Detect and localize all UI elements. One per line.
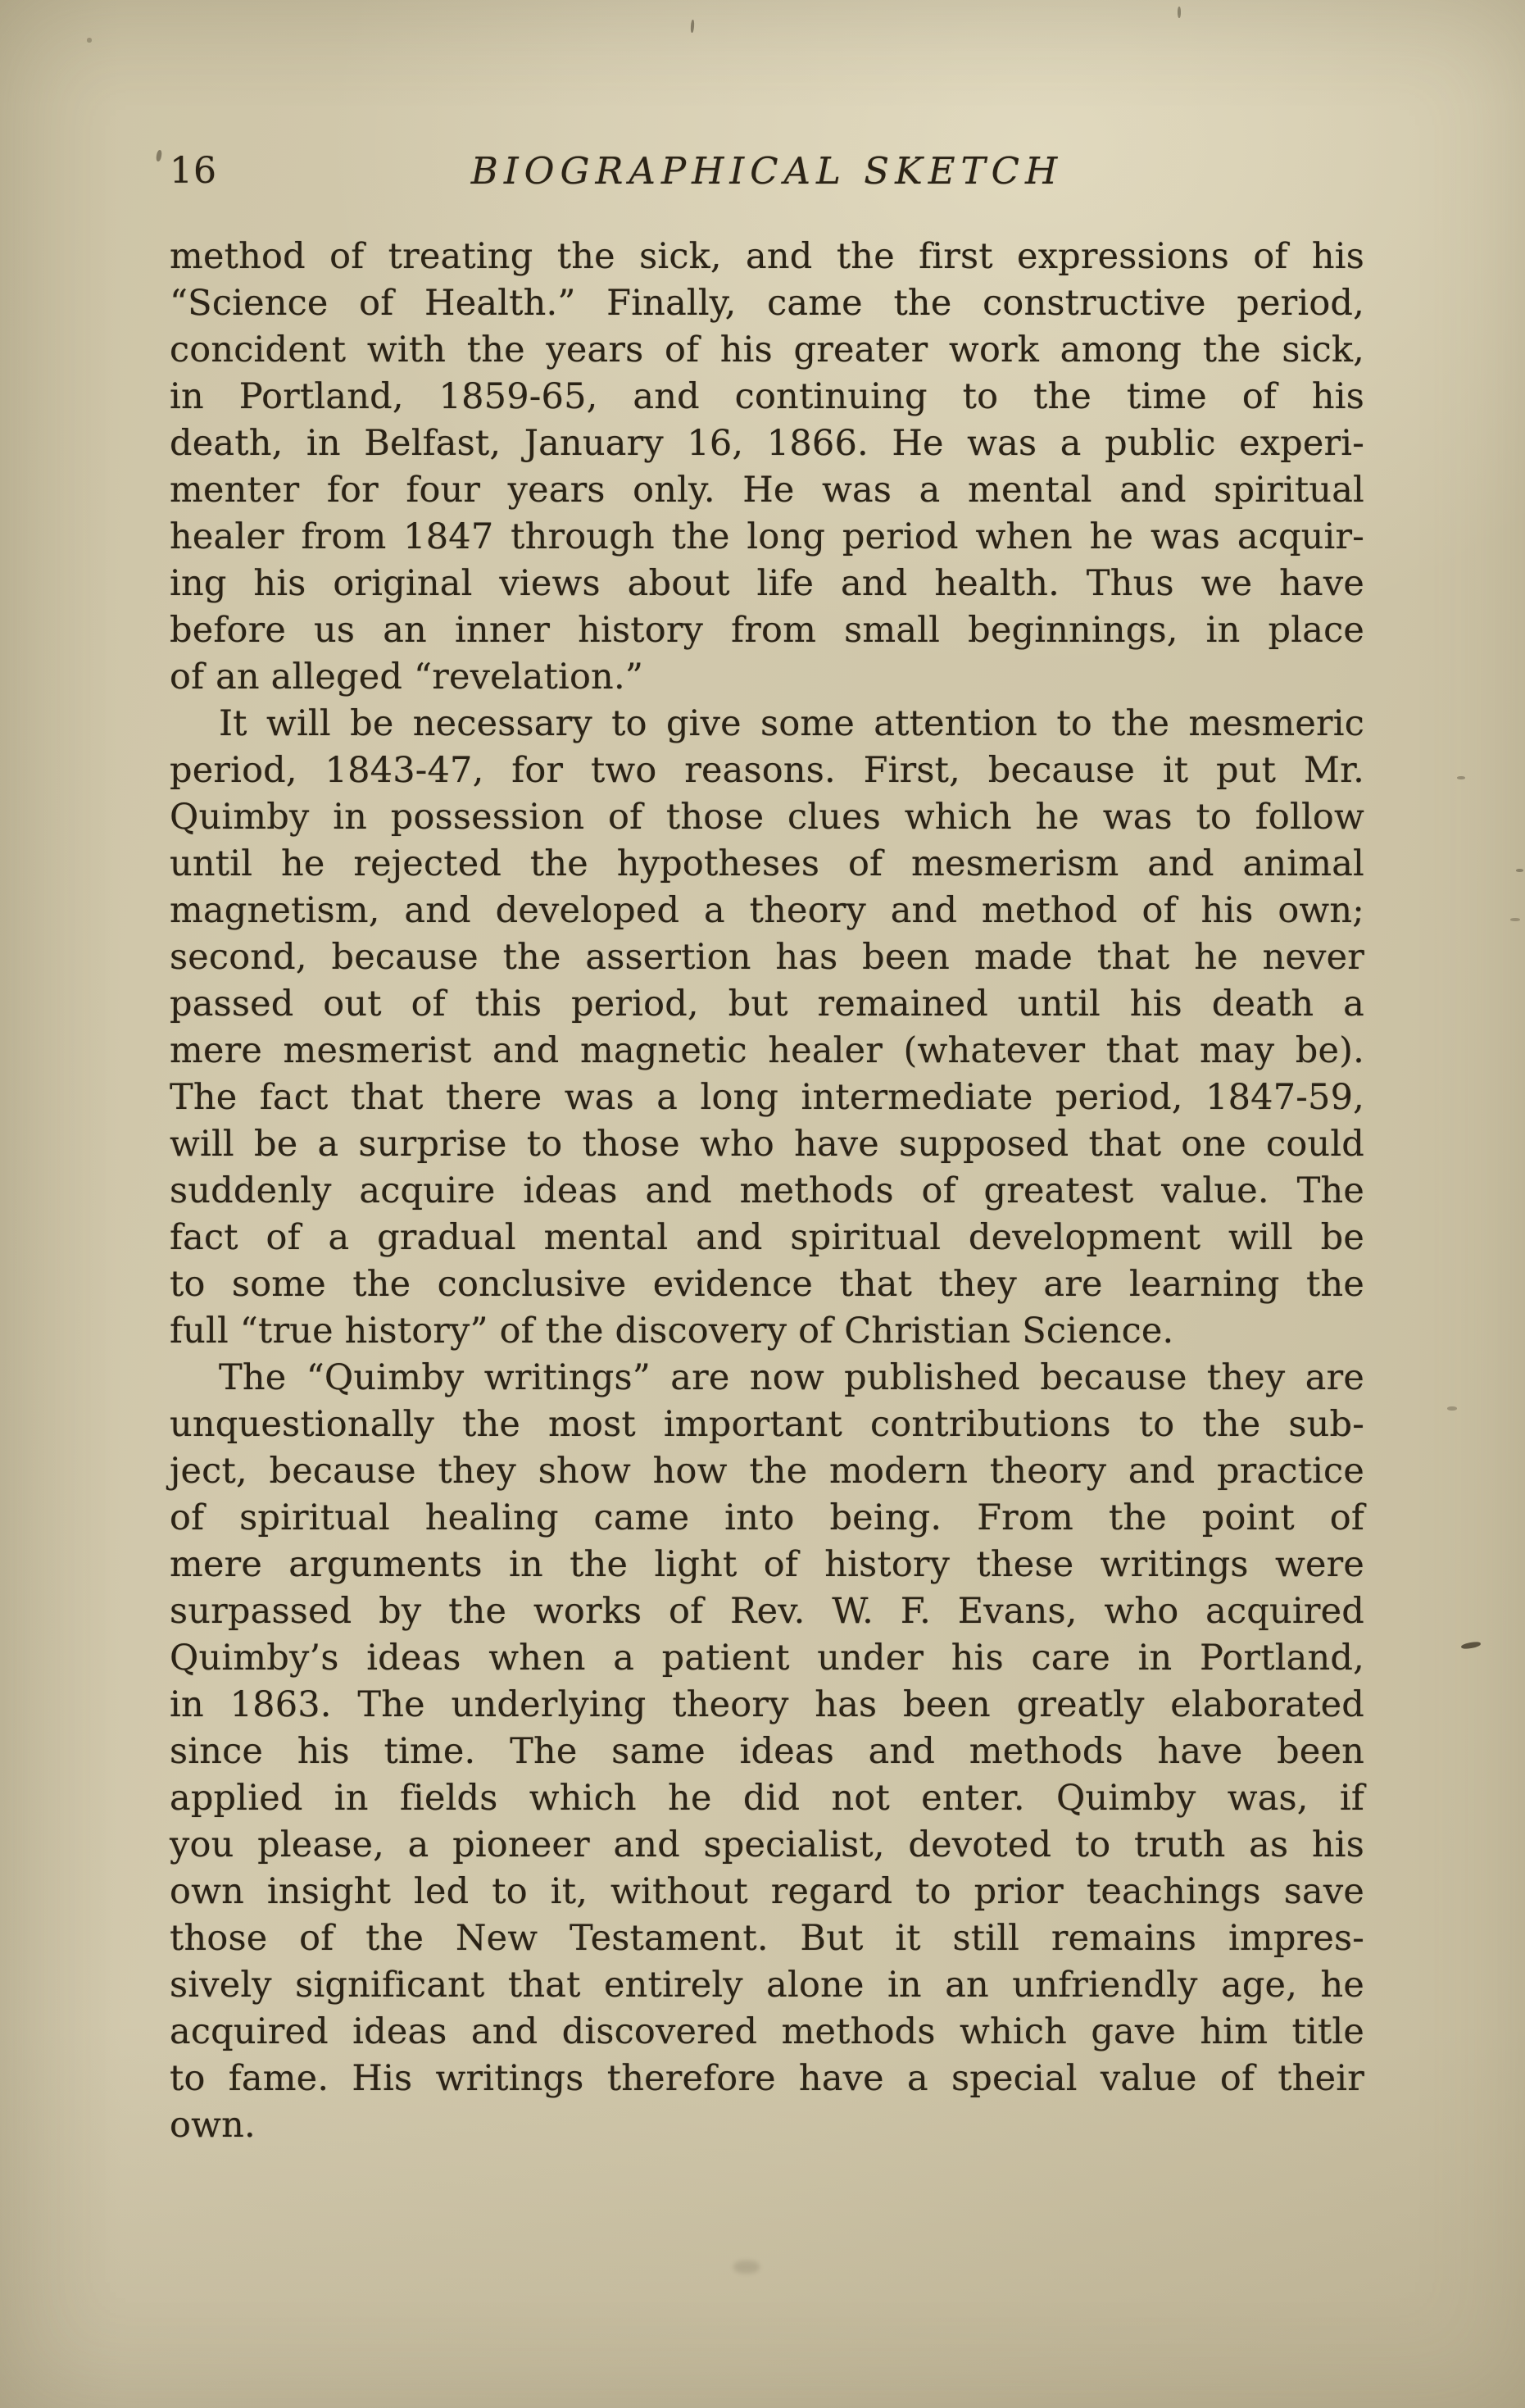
paper-speck bbox=[156, 150, 162, 162]
page-number: 16 bbox=[170, 148, 217, 195]
text-line: own insight led to it, without regard to… bbox=[170, 1869, 1364, 1915]
text-line: full “true history” of the discovery of … bbox=[170, 1308, 1364, 1355]
text-line: own. bbox=[170, 2102, 1364, 2149]
text-line: before us an inner history from small be… bbox=[170, 607, 1364, 654]
text-line: since his time. The same ideas and metho… bbox=[170, 1729, 1364, 1775]
text-line: in Portland, 1859-65, and continuing to … bbox=[170, 374, 1364, 420]
page-header: 16 BIOGRAPHICAL SKETCH bbox=[170, 148, 1364, 198]
text-line: applied in fields which he did not enter… bbox=[170, 1775, 1364, 1822]
paper-speck bbox=[1461, 1641, 1482, 1650]
text-line: suddenly acquire ideas and methods of gr… bbox=[170, 1168, 1364, 1215]
text-line: unquestionally the most important contri… bbox=[170, 1402, 1364, 1448]
text-line: It will be necessary to give some attent… bbox=[170, 701, 1364, 747]
text-block: method of treating the sick, and the fir… bbox=[170, 234, 1364, 2149]
text-line: The fact that there was a long intermedi… bbox=[170, 1075, 1364, 1121]
text-line: menter for four years only. He was a men… bbox=[170, 467, 1364, 514]
book-page-scan: 16 BIOGRAPHICAL SKETCH method of treatin… bbox=[0, 0, 1525, 2408]
text-line: you please, a pioneer and specialist, de… bbox=[170, 1822, 1364, 1869]
text-line: those of the New Testament. But it still… bbox=[170, 1915, 1364, 1962]
text-line: magnetism, and developed a theory and me… bbox=[170, 888, 1364, 934]
text-line: period, 1843-47, for two reasons. First,… bbox=[170, 747, 1364, 794]
text-line: “Science of Health.” Finally, came the c… bbox=[170, 280, 1364, 327]
paper-speck bbox=[1178, 7, 1181, 18]
text-line: mere mesmerist and magnetic healer (what… bbox=[170, 1028, 1364, 1075]
text-line: Quimby in possession of those clues whic… bbox=[170, 794, 1364, 841]
text-line: of spiritual healing came into being. Fr… bbox=[170, 1495, 1364, 1542]
text-line: passed out of this period, but remained … bbox=[170, 981, 1364, 1028]
text-line: until he rejected the hypotheses of mesm… bbox=[170, 841, 1364, 888]
text-line: in 1863. The underlying theory has been … bbox=[170, 1682, 1364, 1729]
paper-speck bbox=[1510, 918, 1520, 921]
text-line: of an alleged “revelation.” bbox=[170, 654, 1364, 701]
paper-smudge bbox=[733, 2260, 760, 2274]
text-line: to fame. His writings therefore have a s… bbox=[170, 2056, 1364, 2102]
paper-speck bbox=[1516, 869, 1523, 872]
paper-speck bbox=[1447, 1406, 1457, 1411]
text-line: concident with the years of his greater … bbox=[170, 327, 1364, 374]
text-line: death, in Belfast, January 16, 1866. He … bbox=[170, 420, 1364, 467]
text-line: sively significant that entirely alone i… bbox=[170, 1962, 1364, 2009]
text-line: healer from 1847 through the long period… bbox=[170, 514, 1364, 561]
text-line: will be a surprise to those who have sup… bbox=[170, 1121, 1364, 1168]
paper-speck bbox=[1457, 776, 1465, 779]
text-line: surpassed by the works of Rev. W. F. Eva… bbox=[170, 1588, 1364, 1635]
text-line: to some the conclusive evidence that the… bbox=[170, 1261, 1364, 1308]
text-line: fact of a gradual mental and spiritual d… bbox=[170, 1215, 1364, 1261]
text-line: second, because the assertion has been m… bbox=[170, 934, 1364, 981]
text-line: acquired ideas and discovered methods wh… bbox=[170, 2009, 1364, 2056]
paper-speck bbox=[87, 38, 92, 43]
paper-speck bbox=[690, 20, 694, 33]
running-title: BIOGRAPHICAL SKETCH bbox=[170, 148, 1364, 195]
text-line: mere arguments in the light of history t… bbox=[170, 1542, 1364, 1588]
text-line: ing his original views about life and he… bbox=[170, 561, 1364, 607]
text-line: method of treating the sick, and the fir… bbox=[170, 234, 1364, 280]
text-line: Quimby’s ideas when a patient under his … bbox=[170, 1635, 1364, 1682]
text-line: ject, because they show how the modern t… bbox=[170, 1448, 1364, 1495]
text-line: The “Quimby writings” are now published … bbox=[170, 1355, 1364, 1402]
